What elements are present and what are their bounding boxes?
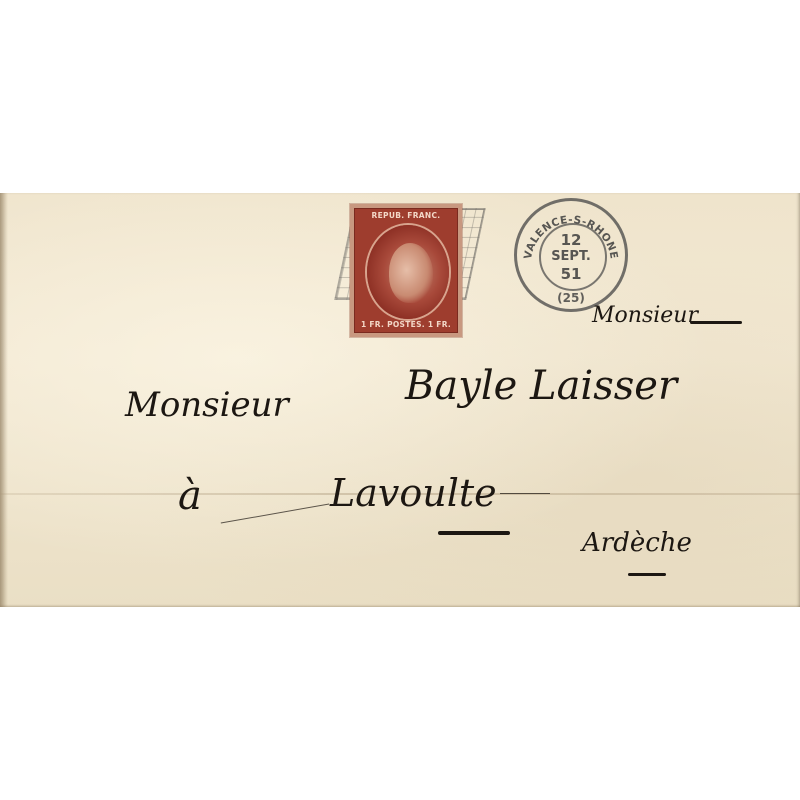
postmark-office-number: (25) <box>547 291 595 305</box>
prefix-flourish <box>221 503 330 523</box>
ceres-head-icon <box>389 243 433 303</box>
stamp-top-inscription: REPUB. FRANC. <box>355 210 457 222</box>
salutation: Monsieur <box>125 385 289 425</box>
postmark: VALENCE-S-RHONE 12 SEPT. 51 (25) <box>514 198 628 312</box>
folded-letter: REPUB. FRANC. 1 FR. POSTES. 1 FR. VALENC… <box>0 193 800 607</box>
postage-stamp: REPUB. FRANC. 1 FR. POSTES. 1 FR. <box>350 204 462 337</box>
salutation-small-underline <box>690 321 742 324</box>
postmark-day: 12 <box>539 231 603 249</box>
letter-left-edge <box>0 193 8 607</box>
town-flourish <box>500 493 550 494</box>
salutation-small: Monsieur <box>592 303 698 328</box>
town-underline <box>438 531 510 535</box>
address-prefix: à <box>178 473 202 519</box>
stamp-frame: REPUB. FRANC. 1 FR. POSTES. 1 FR. <box>354 208 458 333</box>
postmark-month: SEPT. <box>539 249 603 264</box>
destination-department: Ardèche <box>582 528 692 558</box>
stamp-bottom-inscription: 1 FR. POSTES. 1 FR. <box>355 319 457 331</box>
postmark-year: 51 <box>539 265 603 283</box>
recipient-name: Bayle Laisser <box>405 363 677 409</box>
department-underline <box>628 573 666 576</box>
destination-town: Lavoulte <box>330 471 497 515</box>
stamp-medallion <box>367 225 449 319</box>
